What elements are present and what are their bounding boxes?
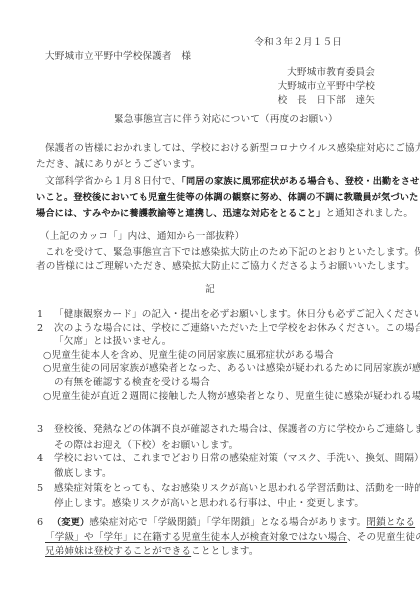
item-6-plain: 感染症対応で「学級閉鎖」「学年閉鎖」となる場合があります。 (89, 517, 366, 528)
item-4-text-line2: 徹底します。 (54, 468, 112, 480)
item-2-sub-2-line2: の有無を確認する検査を受ける場合 (54, 377, 210, 389)
ki-heading: 記 (0, 284, 420, 296)
para2-plain-text: 文部科学省から１月８日付で、 (45, 176, 181, 187)
item-2-text-line2: 「欠席」とは扱いません。 (54, 336, 172, 348)
sender-school: 大野城市立平野中学校 (278, 81, 375, 93)
item-3-text-line1: 登校後、発熱などの体調不良が確認された場合は、保護者の方に学校からご連絡します。 (54, 424, 420, 436)
intro-note: （上記のカッコ「」内は、通知から一部抜粋） (40, 231, 245, 243)
item-6-text-line2: 「学級」や「学年」に在籍する児童生徒本人が検査対象ではない場合、その児童生徒の (45, 532, 420, 544)
item-6-plain-2: 、その児童生徒の (347, 532, 420, 543)
item-2-sub-3: ○児童生徒が直近２週間に接触した人物が感染者となり、児童生徒に感染が疑われる場合 (43, 391, 420, 403)
item-2-number: 2 (37, 323, 43, 335)
para2-plain-end: と通知されました。 (325, 208, 413, 219)
item-2-sub-1: ○児童生徒本人を含め、児童生徒の同居家族に風邪症状がある場合 (43, 350, 334, 362)
item-5-text-line2: 停止します。感染リスクが高いと思われる行事は、中止・変更します。 (54, 498, 364, 510)
sender-org: 大野城市教育委員会 (287, 67, 375, 79)
item-5-text-line1: 感染症対策をとっても、なお感染リスクが高いと思われる学習活動は、活動を一時的に (54, 483, 420, 495)
intro-para2-line1: 文部科学省から１月８日付で、「同居の家族に風邪症状がある場合も、登校・出勤をさせ… (45, 176, 420, 188)
document-title: 緊急事態宣言に伴う対応について（再度のお願い） (114, 114, 338, 126)
addressee: 大野城市立平野中学校保護者 様 (45, 51, 191, 63)
item-4-number: 4 (37, 453, 43, 465)
item-4-text-line1: 学校においては、これまでどおり日常の感染症対策（マスク、手洗い、換気、間隔）を (54, 453, 420, 465)
intro-para2-line2: いこと。登校後においても児童生徒等の体調の観察に努め、体調の不調に教職員が気づい… (36, 192, 418, 204)
item-1-number: 1 (37, 309, 43, 321)
item-6-underlined-3: 兄弟姉妹は登校することができる (45, 546, 191, 557)
intro-para1-line2: ただき、誠にありがとうございます。 (36, 159, 201, 171)
intro-para1-line1: 保護者の皆様におかれましては、学校における新型コロナウイルス感染症対応にご協力い (45, 143, 420, 155)
sender-principal: 校 長 日下部 達矢 (278, 95, 375, 107)
intro-para3-line2: 者の皆様にはご理解いただき、感染拡大防止にご協力くださるようお願いいたします。 (36, 261, 415, 273)
item-2-sub-2-line1: ○児童生徒の同居家族が感染者となった、あるいは感染が疑われるために同居家族が感染 (43, 363, 420, 375)
item-3-text-line2: その際はお迎え（下校）をお願いします。 (54, 440, 238, 452)
intro-para2-line3: 場合には、すみやかに養護教諭等と連携し、迅速な対応をとること」と通知されました。 (36, 208, 413, 220)
item-2-text-line1: 次のような場合には、学校にご連絡いただいた上で学校をお休みください。この場合、 (54, 323, 420, 335)
intro-para3-line1: これを受けて、緊急事態宣言下では感染拡大防止のため下記のとおりといたします。保護 (45, 247, 420, 259)
item-6-text-line1: （変更）感染症対応で「学級閉鎖」「学年閉鎖」となる場合があります。閉鎖となる (52, 517, 415, 529)
para2-quoted-text-end: 場合には、すみやかに養護教諭等と連携し、迅速な対応をとること」 (36, 208, 325, 219)
item-6-text-line3: 兄弟姉妹は登校することができることとします。 (45, 546, 259, 558)
item-6-plain-3: こととします。 (191, 546, 258, 557)
item-5-number: 5 (37, 483, 43, 495)
item-6-number: 6 (37, 517, 43, 529)
item-1-text: 「健康観察カード」の記入・提出を必ずお願いします。休日分も必ずご記入ください。 (54, 309, 420, 321)
item-6-underlined-1: 閉鎖となる (366, 517, 415, 528)
item-6-underlined-2: 「学級」や「学年」に在籍する児童生徒本人が検査対象ではない場合 (45, 532, 347, 543)
para2-quoted-text: 「同居の家族に風邪症状がある場合も、登校・出勤をさせな (181, 176, 420, 187)
change-tag: （変更） (52, 517, 89, 528)
item-3-number: 3 (37, 424, 43, 436)
document-date: 令和３年２月１５日 (254, 37, 342, 49)
